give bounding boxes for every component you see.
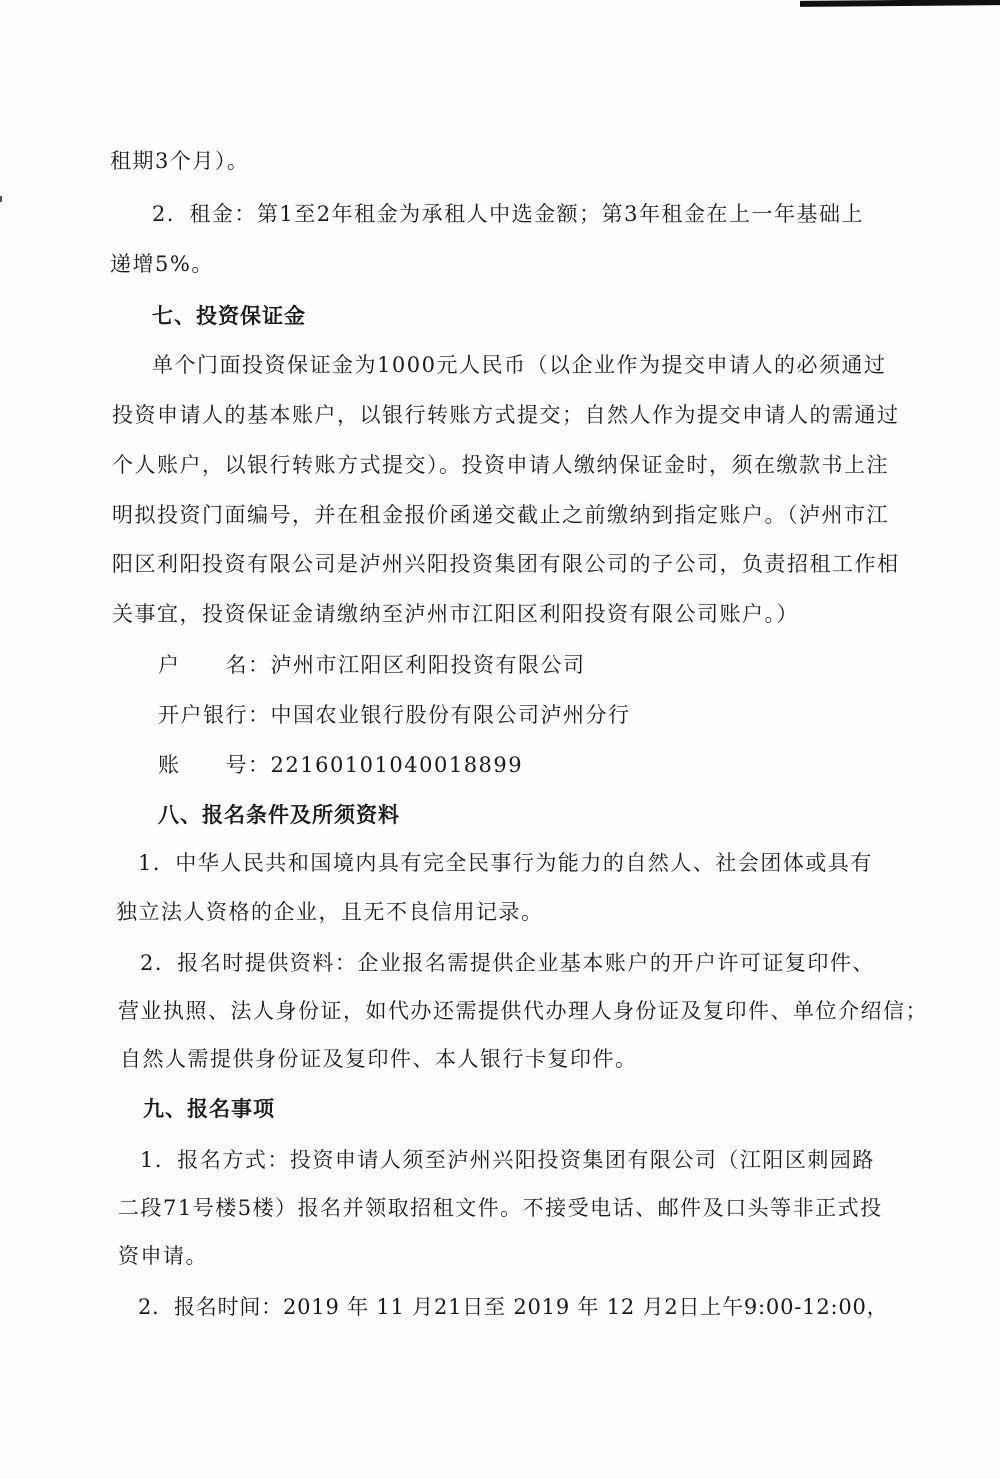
section8-item2-line-1: 2．报名时提供资料：企业报名需提供企业基本账户的开户许可证复印件、 <box>140 950 848 976</box>
section-heading-9: 九、报名事项 <box>143 1096 275 1122</box>
section-heading-7: 七、投资保证金 <box>152 303 306 329</box>
section8-item2-line-3: 自然人需提供身份证及复印件、本人银行卡复印件。 <box>120 1046 638 1072</box>
section9-item1-line-1: 1．报名方式：投资申请人须至泸州兴阳投资集团有限公司（江阳区刺园路 <box>140 1147 854 1173</box>
section8-item2-line-2: 营业执照、法人身份证，如代办还需提供代办理人身份证及复印件、单位介绍信； <box>118 998 855 1024</box>
rent-item-line-2: 递增5%。 <box>110 251 214 277</box>
scan-edge-artifact-left <box>0 196 2 202</box>
section7-paragraph-line-6: 关事宜，投资保证金请缴纳至泸州市江阳区利阳投资有限公司账户。） <box>112 601 799 627</box>
account-bank-row: 开户银行：中国农业银行股份有限公司泸州分行 <box>158 702 631 728</box>
section7-paragraph-line-3: 个人账户，以银行转账方式提交）。投资申请人缴纳保证金时，须在缴款书上注 <box>112 452 850 478</box>
account-number-value: 22160101040018899 <box>271 753 524 777</box>
account-bank-value: 中国农业银行股份有限公司泸州分行 <box>271 703 631 727</box>
account-name-value: 泸州市江阳区利阳投资有限公司 <box>271 653 586 677</box>
section-heading-8: 八、报名条件及所须资料 <box>158 802 400 828</box>
section8-item1-line-2: 独立法人资格的企业，且无不良信用记录。 <box>116 899 544 925</box>
account-number-label: 账 号： <box>158 753 271 777</box>
section7-paragraph-line-2: 投资申请人的基本账户，以银行转账方式提交；自然人作为提交申请人的需通过 <box>112 402 848 428</box>
account-bank-label: 开户银行： <box>158 703 271 727</box>
continuation-line: 租期3个月）。 <box>110 148 249 174</box>
account-name-row: 户 名：泸州市江阳区利阳投资有限公司 <box>158 652 586 678</box>
section7-paragraph-line-1: 单个门面投资保证金为1000元人民币（以企业作为提交申请人的必须通过 <box>152 352 848 378</box>
section7-paragraph-line-4: 明拟投资门面编号，并在租金报价函递交截止之前缴纳到指定账户。（泸州市江 <box>112 502 850 528</box>
section9-item1-line-2: 二段71号楼5楼）报名并领取招租文件。不接受电话、邮件及口头等非正式投 <box>118 1195 855 1221</box>
section9-item2-line-1: 2．报名时间：2019 年 11 月21日至 2019 年 12 月2日上午9:… <box>138 1294 888 1320</box>
scan-edge-artifact <box>800 0 1000 7</box>
section9-item1-line-3: 资申请。 <box>118 1243 208 1269</box>
section7-paragraph-line-5: 阳区利阳投资有限公司是泸州兴阳投资集团有限公司的子公司，负责招租工作相 <box>112 551 850 577</box>
account-number-row: 账 号：22160101040018899 <box>158 752 523 778</box>
account-name-label: 户 名： <box>158 653 271 677</box>
rent-item-line-1: 2．租金：第1至2年租金为承租人中选金额；第3年租金在上一年基础上 <box>152 201 847 227</box>
section8-item1-line-1: 1．中华人民共和国境内具有完全民事行为能力的自然人、社会团体或具有 <box>138 850 854 876</box>
